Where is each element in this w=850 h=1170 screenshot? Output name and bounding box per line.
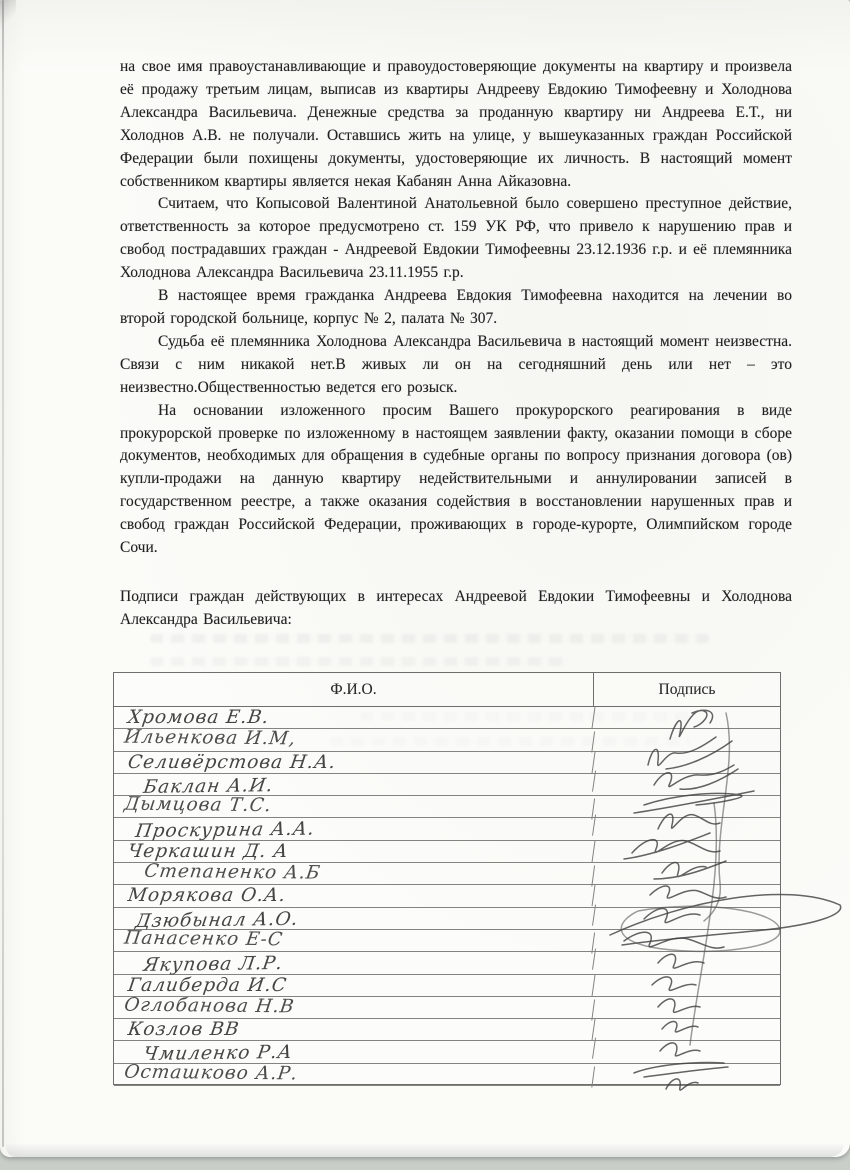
signature-cell: [594, 818, 780, 839]
table-row: Оглобанова Н.В: [114, 997, 780, 1019]
signer-name: Морякова О.А.: [113, 885, 596, 906]
table-row: Степаненко А.Б: [114, 863, 780, 885]
table-row: Чмиленко Р.А: [114, 1041, 780, 1063]
paragraph: В настоящее время гражданка Андреева Евд…: [120, 285, 792, 331]
scanned-document-page: на свое имя правоустанавливающие и право…: [0, 0, 850, 1157]
table-row: Дымцова Т.С.: [114, 796, 780, 818]
signer-name: Козлов ВВ: [113, 1019, 596, 1040]
table-header-row: Ф.И.О. Подпись: [114, 673, 780, 707]
signer-name: Осташково А.Р.: [113, 1061, 595, 1087]
scan-bottom-shadow: [6, 1143, 844, 1157]
document-body: на свое имя правоустанавливающие и право…: [120, 56, 792, 632]
table-row: Галиберда И.С: [114, 975, 780, 997]
signature-cell: [594, 885, 780, 906]
column-header-fio: Ф.И.О.: [114, 673, 594, 706]
table-row: Морякова О.А.: [114, 885, 780, 907]
signature-cell: [594, 930, 780, 951]
table-row: Баклан А.И.: [114, 774, 780, 796]
paragraph: на свое имя правоустанавливающие и право…: [120, 56, 792, 193]
column-header-signature: Подпись: [594, 673, 780, 706]
signer-name: Хромова Е.В.: [113, 707, 596, 728]
signer-name: Селивёрстова Н.А.: [113, 752, 596, 773]
signature-cell: [594, 752, 780, 773]
table-row: Черкашин Д. А: [114, 841, 780, 863]
signer-name: Ильенкова И.М,: [113, 727, 595, 753]
signers-intro: Подписи граждан действующих в интересах …: [120, 586, 792, 632]
table-row: Якупова Л.Р.: [114, 952, 780, 974]
paragraph: Судьба её племянника Холоднова Александр…: [120, 331, 792, 400]
bleed-through-smudge: [150, 657, 570, 666]
signature-cell: [594, 1041, 780, 1062]
table-row: Селивёрстова Н.А.: [114, 752, 780, 774]
signatures-table: Ф.И.О. Подпись Хромова Е.В. Ильенкова И.…: [113, 672, 781, 1085]
scan-edge-line: [2, 0, 4, 1147]
signature-cell: [594, 707, 780, 728]
table-row: Ильенкова И.М,: [114, 729, 780, 751]
signature-cell: [594, 952, 780, 973]
signature-cell: [594, 997, 780, 1018]
signer-name: Степаненко А.Б: [113, 861, 595, 887]
signer-name: Черкашин Д. А: [113, 841, 596, 862]
table-row: Дзюбынал А.О.: [114, 908, 780, 930]
signature-cell: [594, 774, 780, 795]
signature-cell: [594, 841, 780, 862]
table-row: Хромова Е.В.: [114, 707, 780, 729]
signer-name: Якупова Л.Р.: [112, 949, 596, 977]
table-row: Проскурина А.А.: [114, 818, 780, 840]
signature-cell: [594, 729, 780, 750]
table-row: Козлов ВВ: [114, 1019, 780, 1041]
signer-name: Проскурина А.А.: [112, 815, 596, 843]
table-row: Панасенко Е-С: [114, 930, 780, 952]
signature-cell: [594, 796, 780, 817]
paragraph: На основании изложенного просим Вашего п…: [120, 400, 792, 560]
signature-cell: [594, 863, 780, 884]
paragraph: Считаем, что Копысовой Валентиной Анатол…: [120, 193, 792, 285]
signature-cell: [594, 1064, 780, 1085]
signature-cell: [594, 1019, 780, 1040]
signer-name: Оглобанова Н.В: [113, 994, 595, 1020]
bleed-through-smudge: [150, 634, 710, 643]
signature-cell: [594, 908, 780, 929]
signer-name: Галиберда И.С: [113, 975, 596, 996]
signature-cell: [594, 975, 780, 996]
table-row: Осташково А.Р.: [114, 1064, 780, 1086]
